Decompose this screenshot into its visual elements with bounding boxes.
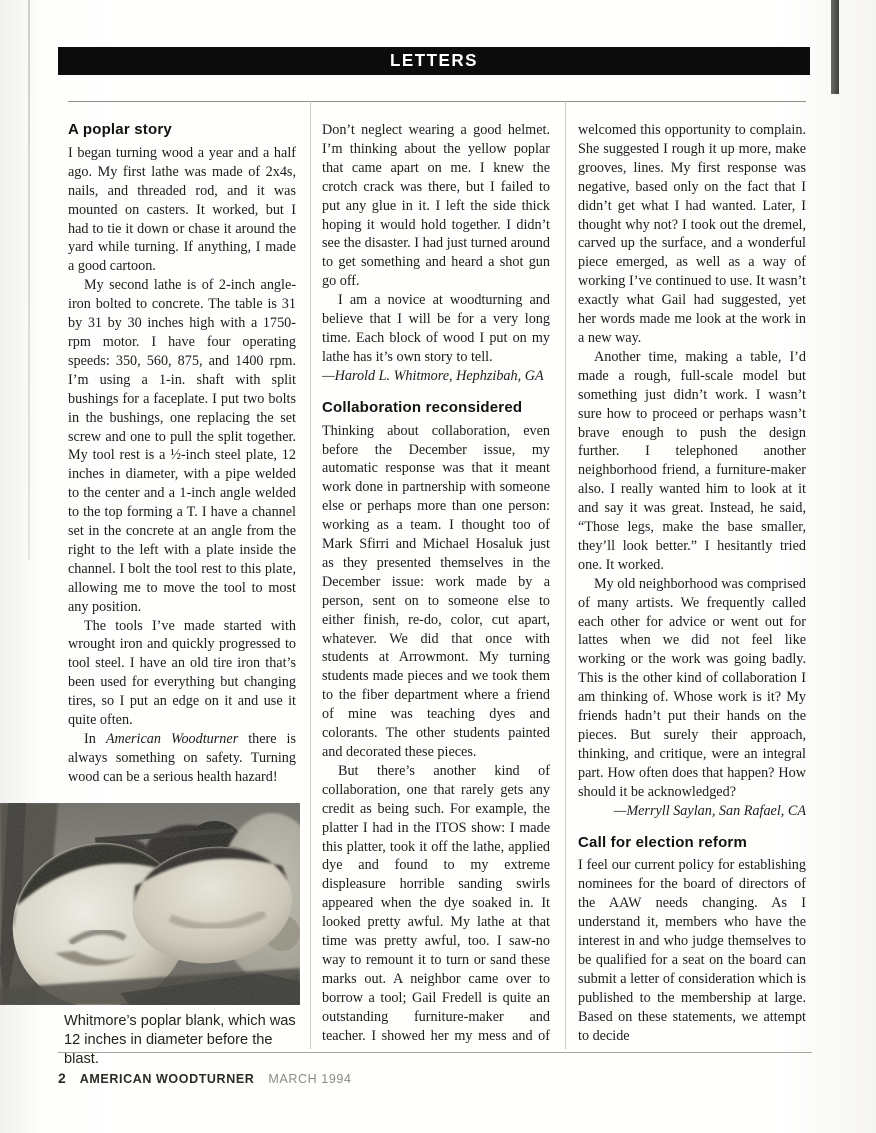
paragraph-segment: In xyxy=(84,731,106,747)
letter-paragraph: I feel our current policy for establishi… xyxy=(578,856,806,1045)
letter-paragraph: My old neighborhood was comprised of man… xyxy=(578,575,806,802)
section-title: LETTERS xyxy=(390,51,478,72)
letters-column-1: A poplar story I began turning wood a ye… xyxy=(68,121,296,803)
letter-paragraph: Don’t neglect wearing a good helmet. I’m… xyxy=(322,121,550,291)
letter-paragraph: I am a novice at woodturning and believe… xyxy=(322,291,550,367)
letter-signature: —Harold L. Whitmore, Hephzibah, GA xyxy=(322,367,550,386)
letter-paragraph: welcomed this opportunity to complain. S… xyxy=(578,121,806,348)
scan-artifact-right xyxy=(831,0,839,94)
column-divider xyxy=(310,101,311,1049)
letter-paragraph: Another time, making a table, I’d made a… xyxy=(578,348,806,575)
letter-heading-election-reform: Call for election reform xyxy=(578,834,806,853)
magazine-title: AMERICAN WOODTURNER xyxy=(80,1072,255,1086)
column-divider xyxy=(565,101,566,1049)
letter-paragraph: My second lathe is of 2-inch angle-iron … xyxy=(68,276,296,616)
letter-signature: —Merryll Saylan, San Rafael, CA xyxy=(578,802,806,821)
magazine-name-italic: American Woodturner xyxy=(106,731,238,747)
scan-artifact-left xyxy=(28,0,30,560)
magazine-page: LETTERS A poplar story I began turning w… xyxy=(0,0,876,1133)
header-rule xyxy=(68,101,806,102)
letter-heading-collaboration: Collaboration reconsidered xyxy=(322,399,550,418)
letter-paragraph: In American Woodturner there is always s… xyxy=(68,730,296,787)
photo-caption: Whitmore’s poplar blank, which was 12 in… xyxy=(64,1012,308,1069)
letter-paragraph: But there’s another kind of collaboratio… xyxy=(322,762,550,1049)
letter-paragraph: Thinking about collaboration, even befor… xyxy=(322,422,550,762)
letters-column-2: Don’t neglect wearing a good helmet. I’m… xyxy=(322,121,550,1049)
footer-rule xyxy=(58,1052,812,1053)
letter-paragraph: The tools I’ve made started with wrought… xyxy=(68,617,296,730)
page-footer: 2 AMERICAN WOODTURNER MARCH 1994 xyxy=(58,1070,812,1086)
letter-heading-poplar-story: A poplar story xyxy=(68,121,296,140)
issue-date: MARCH 1994 xyxy=(268,1072,351,1086)
poplar-blank-photo xyxy=(0,803,300,1005)
letter-paragraph: I began turning wood a year and a half a… xyxy=(68,144,296,276)
page-number: 2 xyxy=(58,1070,66,1086)
section-header-bar: LETTERS xyxy=(58,47,810,75)
letters-column-3: welcomed this opportunity to complain. S… xyxy=(578,121,806,1049)
